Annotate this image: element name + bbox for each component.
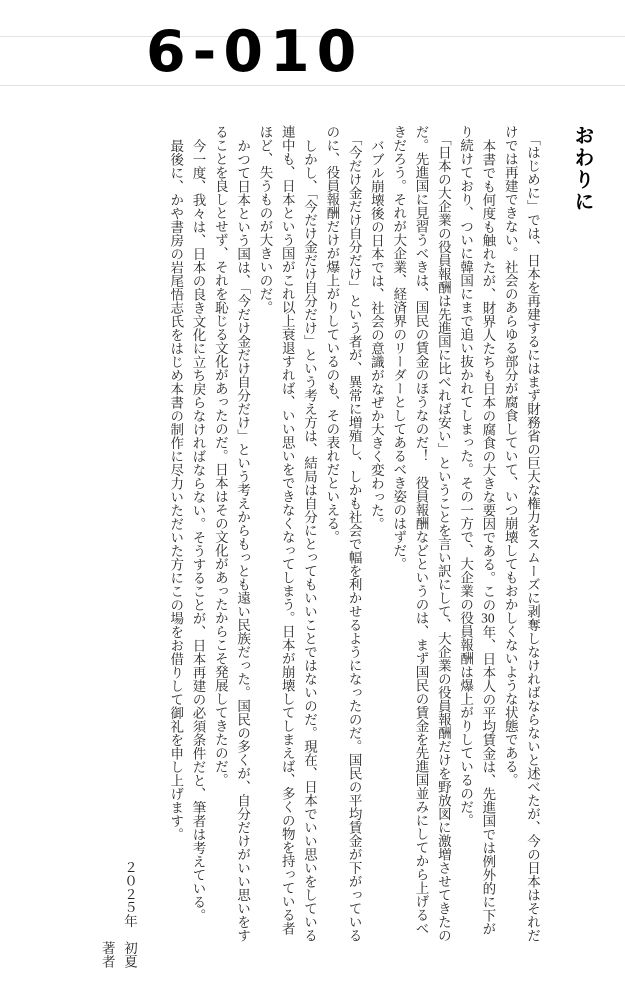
paragraph: 今一度、我々は、日本の良き文化に立ち戻らなければならない。そうすることが、日本再… [186,125,208,945]
afterword-content: おわりに 「はじめに」では、日本を再建するにはまず財務省の巨大な権力をスムーズに… [87,125,601,945]
afterword-heading: おわりに [565,125,601,945]
signature-author: 著者 [95,855,117,968]
page-label: 6-010 [146,24,363,81]
page-label-band: 6-010 [0,36,625,86]
signature-date: ２０２５年 初夏 [118,855,140,968]
book-page: 6-010 おわりに 「はじめに」では、日本を再建するにはまず財務省の巨大な権力… [0,0,625,997]
paragraph: 「日本の大企業の役員報酬は先進国に比べれば安い」ということを言い訳にして、大企業… [387,125,454,945]
paragraph: 最後に、かや書房の岩尾悟志氏をはじめ本書の制作に尽力いただいた方にこの場をお借り… [164,125,186,945]
paragraph: 「今だけ金だけ自分だけ」という者が、異常に増殖し、しかも社会で幅を利かせるように… [320,125,365,945]
paragraph: バブル崩壊後の日本では、社会の意識がなぜか大きく変わった。 [365,125,387,945]
horizontal-digits: 30 [480,611,495,625]
signature-block: ２０２５年 初夏 著者 [94,855,140,968]
afterword-paragraphs: 「はじめに」では、日本を再建するにはまず財務省の巨大な権力をスムーズに剥奪しなけ… [164,125,543,945]
paragraph: かつて日本という国は、「今だけ金だけ自分だけ」という考えからもっとも遠い民族だっ… [209,125,254,945]
paragraph: 「はじめに」では、日本を再建するにはまず財務省の巨大な権力をスムーズに剥奪しなけ… [498,125,543,945]
paragraph: しかし、「今だけ金だけ自分だけ」という考え方は、結局は自分にとってもいいことでは… [253,125,320,945]
paragraph: 本書でも何度も触れたが、財界人たちも日本の腐食の大きな要因である。この30年、日… [454,125,499,945]
